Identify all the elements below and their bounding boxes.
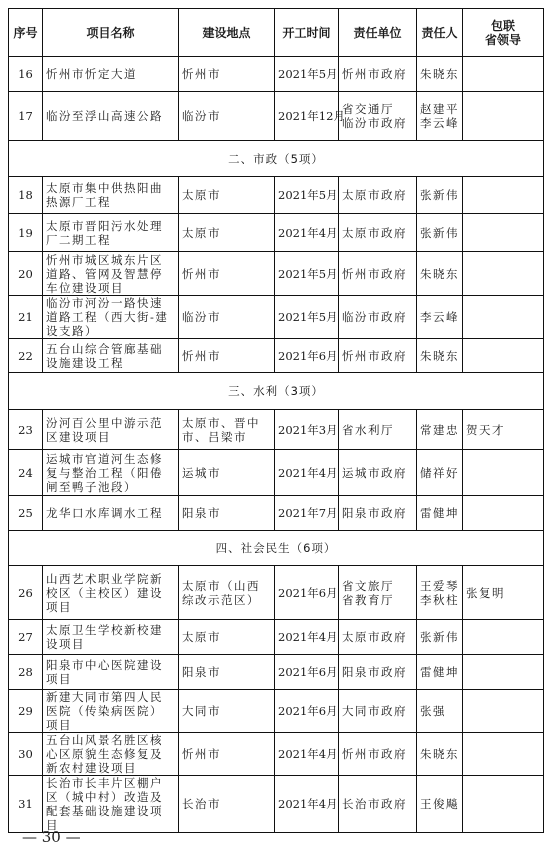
row-leader	[463, 450, 544, 496]
row-leader	[463, 57, 544, 92]
row-name: 龙华口水库调水工程	[43, 496, 179, 531]
row-no: 25	[9, 496, 43, 531]
row-location: 忻州市	[179, 733, 275, 776]
header-location: 建设地点	[179, 9, 275, 57]
row-no: 20	[9, 252, 43, 296]
person-line2: 李秋柱	[420, 593, 459, 607]
table-row: 28 阳泉市中心医院建设项目 阳泉市 2021年6月 阳泉市政府 雷健坤	[9, 655, 544, 690]
row-person: 朱晓东	[417, 733, 463, 776]
row-person: 雷健坤	[417, 655, 463, 690]
row-person: 朱晓东	[417, 252, 463, 296]
row-person: 张新伟	[417, 214, 463, 252]
row-start: 2021年3月	[275, 410, 339, 450]
row-location: 运城市	[179, 450, 275, 496]
row-location: 阳泉市	[179, 655, 275, 690]
row-start: 2021年7月	[275, 496, 339, 531]
row-name: 运城市官道河生态修复与整治工程（阳倦闸至鸭子池段）	[43, 450, 179, 496]
unit-line2: 临汾市政府	[342, 116, 407, 130]
row-start: 2021年5月	[275, 57, 339, 92]
person-line1: 赵建平	[420, 102, 459, 116]
row-leader	[463, 776, 544, 833]
table-row: 30 五台山风景名胜区核心区原貌生态修复及新农村建设项目 忻州市 2021年4月…	[9, 733, 544, 776]
header-start: 开工时间	[275, 9, 339, 57]
row-location: 临汾市	[179, 92, 275, 141]
row-start: 2021年4月	[275, 776, 339, 833]
row-leader	[463, 92, 544, 141]
row-unit: 太原市政府	[339, 177, 417, 214]
table-row: 16 忻州市忻定大道 忻州市 2021年5月 忻州市政府 朱晓东	[9, 57, 544, 92]
row-start: 2021年6月	[275, 566, 339, 620]
section-livelihood: 四、社会民生（6项）	[9, 531, 544, 566]
row-unit: 忻州市政府	[339, 57, 417, 92]
table-row: 25 龙华口水库调水工程 阳泉市 2021年7月 阳泉市政府 雷健坤	[9, 496, 544, 531]
header-unit: 责任单位	[339, 9, 417, 57]
row-person: 张新伟	[417, 177, 463, 214]
table-row: 17 临汾至浮山高速公路 临汾市 2021年12月 省交通厅临汾市政府 赵建平李…	[9, 92, 544, 141]
row-unit: 忻州市政府	[339, 252, 417, 296]
row-start: 2021年4月	[275, 733, 339, 776]
header-leader-line1: 包联	[491, 19, 515, 33]
row-no: 22	[9, 339, 43, 373]
section-header-row: 二、市政（5项）	[9, 141, 544, 177]
header-person: 责任人	[417, 9, 463, 57]
section-municipal: 二、市政（5项）	[9, 141, 544, 177]
row-unit: 运城市政府	[339, 450, 417, 496]
row-unit: 省水利厅	[339, 410, 417, 450]
row-start: 2021年4月	[275, 450, 339, 496]
row-leader	[463, 620, 544, 655]
table-row: 27 太原卫生学校新校建设项目 太原市 2021年4月 太原市政府 张新伟	[9, 620, 544, 655]
row-start: 2021年5月	[275, 177, 339, 214]
row-no: 23	[9, 410, 43, 450]
row-start: 2021年6月	[275, 655, 339, 690]
row-start: 2021年6月	[275, 690, 339, 733]
row-start: 2021年5月	[275, 296, 339, 339]
row-location: 忻州市	[179, 252, 275, 296]
table-row: 31 长治市长丰片区棚户区（城中村）改造及配套基础设施建设项目 长治市 2021…	[9, 776, 544, 833]
row-leader	[463, 655, 544, 690]
row-unit: 忻州市政府	[339, 339, 417, 373]
person-line2: 李云峰	[420, 116, 459, 130]
row-name: 阳泉市中心医院建设项目	[43, 655, 179, 690]
row-start: 2021年6月	[275, 339, 339, 373]
row-leader: 贺天才	[463, 410, 544, 450]
row-person: 张强	[417, 690, 463, 733]
row-no: 16	[9, 57, 43, 92]
row-name: 汾河百公里中游示范区建设项目	[43, 410, 179, 450]
row-no: 17	[9, 92, 43, 141]
row-no: 19	[9, 214, 43, 252]
row-location: 太原市、晋中市、吕梁市	[179, 410, 275, 450]
table-row: 20 忻州市城区城东片区道路、管网及智慧停车位建设项目 忻州市 2021年5月 …	[9, 252, 544, 296]
row-person: 王爱琴李秋柱	[417, 566, 463, 620]
row-location: 阳泉市	[179, 496, 275, 531]
row-no: 31	[9, 776, 43, 833]
row-person: 赵建平李云峰	[417, 92, 463, 141]
page-number: — 30 —	[22, 828, 81, 846]
row-person: 朱晓东	[417, 57, 463, 92]
table-header-row: 序号 项目名称 建设地点 开工时间 责任单位 责任人 包联省领导	[9, 9, 544, 57]
header-leader-line2: 省领导	[485, 33, 521, 47]
row-person: 储祥好	[417, 450, 463, 496]
row-unit: 阳泉市政府	[339, 655, 417, 690]
row-no: 21	[9, 296, 43, 339]
row-unit: 省文旅厅省教育厅	[339, 566, 417, 620]
row-name: 山西艺术职业学院新校区（主校区）建设项目	[43, 566, 179, 620]
section-water: 三、水利（3项）	[9, 373, 544, 410]
row-leader	[463, 296, 544, 339]
row-location: 太原市	[179, 620, 275, 655]
row-no: 30	[9, 733, 43, 776]
row-no: 26	[9, 566, 43, 620]
row-person: 朱晓东	[417, 339, 463, 373]
row-no: 18	[9, 177, 43, 214]
row-location: 长治市	[179, 776, 275, 833]
row-unit: 长治市政府	[339, 776, 417, 833]
table-row: 19 太原市晋阳污水处理厂二期工程 太原市 2021年4月 太原市政府 张新伟	[9, 214, 544, 252]
row-person: 雷健坤	[417, 496, 463, 531]
row-no: 28	[9, 655, 43, 690]
row-leader	[463, 177, 544, 214]
row-location: 大同市	[179, 690, 275, 733]
row-unit: 忻州市政府	[339, 733, 417, 776]
row-leader	[463, 252, 544, 296]
row-location: 忻州市	[179, 57, 275, 92]
row-leader	[463, 496, 544, 531]
row-name: 临汾至浮山高速公路	[43, 92, 179, 141]
row-name: 太原卫生学校新校建设项目	[43, 620, 179, 655]
row-person: 张新伟	[417, 620, 463, 655]
row-unit: 临汾市政府	[339, 296, 417, 339]
row-unit: 太原市政府	[339, 620, 417, 655]
row-start: 2021年4月	[275, 620, 339, 655]
row-name: 长治市长丰片区棚户区（城中村）改造及配套基础设施建设项目	[43, 776, 179, 833]
row-unit: 太原市政府	[339, 214, 417, 252]
row-name: 新建大同市第四人民医院（传染病医院）项目	[43, 690, 179, 733]
table-row: 24 运城市官道河生态修复与整治工程（阳倦闸至鸭子池段） 运城市 2021年4月…	[9, 450, 544, 496]
row-leader	[463, 733, 544, 776]
header-name: 项目名称	[43, 9, 179, 57]
unit-line1: 省文旅厅	[342, 579, 394, 593]
table-row: 21 临汾市河汾一路快速道路工程（西大街-建设支路） 临汾市 2021年5月 临…	[9, 296, 544, 339]
header-no: 序号	[9, 9, 43, 57]
row-name: 太原市集中供热阳曲热源厂工程	[43, 177, 179, 214]
row-leader	[463, 214, 544, 252]
header-leader: 包联省领导	[463, 9, 544, 57]
row-unit: 阳泉市政府	[339, 496, 417, 531]
row-name: 忻州市忻定大道	[43, 57, 179, 92]
row-leader	[463, 690, 544, 733]
row-no: 29	[9, 690, 43, 733]
row-location: 太原市（山西综改示范区）	[179, 566, 275, 620]
row-name: 太原市晋阳污水处理厂二期工程	[43, 214, 179, 252]
row-location: 忻州市	[179, 339, 275, 373]
unit-line1: 省交通厅	[342, 102, 394, 116]
row-no: 27	[9, 620, 43, 655]
row-person: 李云峰	[417, 296, 463, 339]
table-row: 26 山西艺术职业学院新校区（主校区）建设项目 太原市（山西综改示范区） 202…	[9, 566, 544, 620]
project-table: 序号 项目名称 建设地点 开工时间 责任单位 责任人 包联省领导 16 忻州市忻…	[8, 8, 544, 833]
row-name: 忻州市城区城东片区道路、管网及智慧停车位建设项目	[43, 252, 179, 296]
person-line1: 王爱琴	[420, 579, 459, 593]
table-row: 18 太原市集中供热阳曲热源厂工程 太原市 2021年5月 太原市政府 张新伟	[9, 177, 544, 214]
table-row: 22 五台山综合管廊基础设施建设工程 忻州市 2021年6月 忻州市政府 朱晓东	[9, 339, 544, 373]
row-location: 太原市	[179, 214, 275, 252]
row-name: 五台山风景名胜区核心区原貌生态修复及新农村建设项目	[43, 733, 179, 776]
row-person: 王俊飚	[417, 776, 463, 833]
row-name: 五台山综合管廊基础设施建设工程	[43, 339, 179, 373]
row-name: 临汾市河汾一路快速道路工程（西大街-建设支路）	[43, 296, 179, 339]
row-leader	[463, 339, 544, 373]
table-row: 29 新建大同市第四人民医院（传染病医院）项目 大同市 2021年6月 大同市政…	[9, 690, 544, 733]
unit-line2: 省教育厅	[342, 593, 394, 607]
table-row: 23 汾河百公里中游示范区建设项目 太原市、晋中市、吕梁市 2021年3月 省水…	[9, 410, 544, 450]
row-unit: 大同市政府	[339, 690, 417, 733]
row-location: 临汾市	[179, 296, 275, 339]
row-start: 2021年12月	[275, 92, 339, 141]
row-start: 2021年5月	[275, 252, 339, 296]
row-start: 2021年4月	[275, 214, 339, 252]
row-unit: 省交通厅临汾市政府	[339, 92, 417, 141]
row-no: 24	[9, 450, 43, 496]
section-header-row: 四、社会民生（6项）	[9, 531, 544, 566]
row-person: 常建忠	[417, 410, 463, 450]
section-header-row: 三、水利（3项）	[9, 373, 544, 410]
row-leader: 张复明	[463, 566, 544, 620]
row-location: 太原市	[179, 177, 275, 214]
